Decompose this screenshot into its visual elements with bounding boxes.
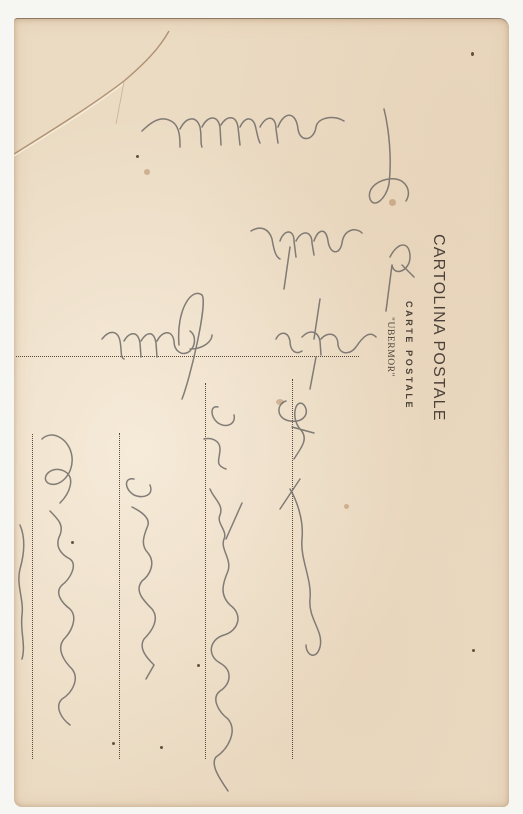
stain [389,199,396,206]
address-line-1 [292,379,293,759]
postcard-title: CARTOLINA POSTALE [429,234,447,422]
postcard-subtitle: CARTE POSTALE [404,301,414,410]
stain [160,746,163,749]
address-line-3 [119,433,120,759]
stain [136,155,139,158]
stain [471,52,474,56]
stain [112,742,115,745]
corner-crease [14,19,214,179]
stain [344,504,349,509]
divider-dotted-line [16,356,359,357]
address-line-2 [205,383,206,759]
address-line-4 [32,434,33,759]
stain [197,664,200,667]
stain [144,169,150,175]
stain [276,399,284,405]
postcard-back: CARTOLINA POSTALE CARTE POSTALE "UBERMOR… [14,18,509,807]
publisher-brand: "UBERMOR" [385,317,395,377]
stain [472,649,475,652]
stain [71,541,74,544]
